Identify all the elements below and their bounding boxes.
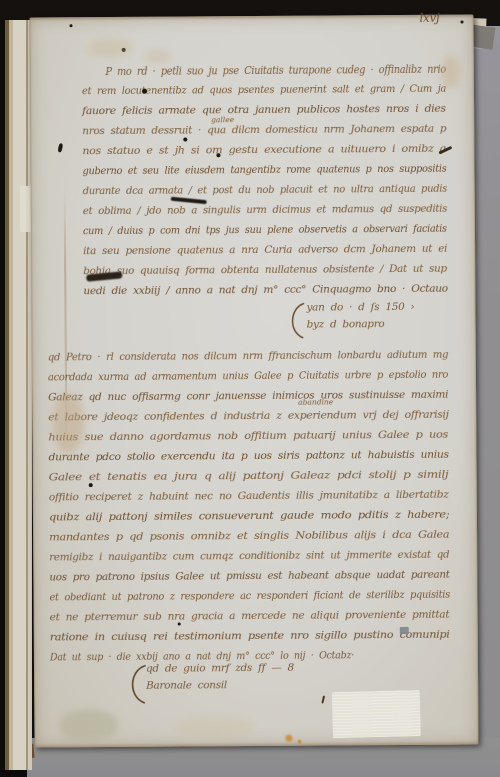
interlinear-insertion: gallee — [211, 115, 234, 124]
interlinear-insertion: abandine — [298, 397, 333, 406]
stain — [285, 735, 292, 742]
manuscript-line: ita seu pensione quatenus a nra Curia ad… — [83, 239, 447, 262]
manuscript-line: bohia suo quauisq forma obtenta nullaten… — [83, 259, 447, 282]
manuscript-line: durante pdco stolio exercendu ita p uos … — [48, 445, 448, 468]
stain — [442, 55, 460, 89]
manuscript-line: yan do · d ſs 150 › — [306, 299, 414, 317]
manuscript-line: offitio reciperet z habuint nec no Gaude… — [49, 485, 449, 508]
manuscript-page: lxvj P mo rd · petli suo ju pse Ciuitati… — [29, 14, 478, 747]
binding-strip — [13, 20, 26, 770]
ink-blot — [183, 137, 187, 141]
ink-blot — [216, 153, 220, 157]
manuscript-line: cum / duius p com dni tps jus suu plene … — [83, 219, 447, 242]
stain — [52, 393, 84, 453]
manuscript-line: fauore felicis armate que otra januen pu… — [82, 99, 446, 122]
manuscript-line: et rem locutenentibz ad quos psentes pue… — [82, 79, 446, 102]
archival-photo: lxvj P mo rd · petli suo ju pse Ciuitati… — [0, 0, 500, 777]
ink-blot — [178, 623, 181, 626]
manuscript-line: et oblima / jdo nob a singulis urm dicim… — [83, 199, 447, 222]
stain — [174, 716, 254, 739]
manuscript-line: Galeaz qd nuc offisarmg conr januensse i… — [48, 385, 448, 408]
ink-blot — [89, 483, 93, 487]
manuscript-line: byz d bonapro — [307, 316, 415, 334]
manuscript-line: quibz alij pattonj similes consueverunt … — [49, 505, 449, 528]
book-binding-edge — [0, 20, 32, 770]
paragraph-1: P mo rd · petli suo ju pse Ciuitatis tur… — [82, 59, 448, 302]
ink-blot — [460, 21, 463, 24]
manuscript-line: mandantes p qd psonis omnibz et singlis … — [49, 525, 449, 548]
manuscript-line: qd Petro · rl considerata nos dilcum nrm… — [48, 345, 448, 368]
manuscript-line: Baronale consil — [146, 677, 294, 695]
paper-repair-patch — [332, 690, 421, 738]
manuscript-line: et labore jdeoqz confidentes d industria… — [48, 405, 448, 428]
stain — [298, 740, 302, 744]
ink-blot — [58, 143, 64, 153]
manuscript-line: et ne pterremur sub nra gracia a mercede… — [50, 605, 450, 628]
manuscript-line: remigibz i nauigantibz cum cumqz conditi… — [49, 545, 449, 568]
ink-blot — [142, 89, 147, 94]
signature-block: yan do · d ſs 150 ›byz d bonapro — [286, 299, 414, 334]
manuscript-line: nos statuo e st jh si om gestu execution… — [82, 139, 446, 162]
paragraph-2: qd Petro · rl considerata nos dilcum nrm… — [48, 345, 450, 668]
manuscript-line: guberno et seu lite eiusdem tangentibz r… — [82, 159, 446, 182]
bracket-flourish — [286, 302, 304, 340]
manuscript-line: qd de guio mrf zds ff — 8 — [146, 660, 294, 678]
manuscript-line: huius sue danno agordamus nob offitium p… — [48, 425, 448, 448]
manuscript-line: P mo rd · petli suo ju pse Ciuitatis tur… — [82, 59, 446, 82]
manuscript-line: acordada xurma ad armamentum unius Galee… — [48, 365, 448, 388]
manuscript-line: durante dca armata / et post du nob plac… — [83, 179, 447, 202]
pen-mark — [321, 695, 325, 703]
manuscript-line: uedi die xxbiij / anno a nat dnj m° ccc°… — [83, 279, 447, 302]
folio-number: lxvj — [419, 11, 439, 25]
manuscript-line: Galee et tenatis ea jura q alij pattonj … — [49, 465, 449, 488]
manuscript-line: ratione in cuiusq rei testimonium psente… — [50, 625, 450, 648]
manuscript-line: et obediant ut patrono z respondere ac r… — [49, 585, 449, 608]
bracket-flourish — [126, 663, 146, 705]
stain — [88, 39, 134, 57]
manuscript-line: nros statum dessruit · qua dilcm domesti… — [82, 119, 446, 142]
blue-pigment-mark — [400, 627, 409, 634]
manuscript-line: uos pro patrono ipsius Galee ut pmissu e… — [49, 565, 449, 588]
ink-blot — [70, 24, 73, 27]
closing-block: qd de guio mrf zds ff — 8Baronale consil — [126, 660, 294, 695]
stain — [58, 709, 118, 741]
